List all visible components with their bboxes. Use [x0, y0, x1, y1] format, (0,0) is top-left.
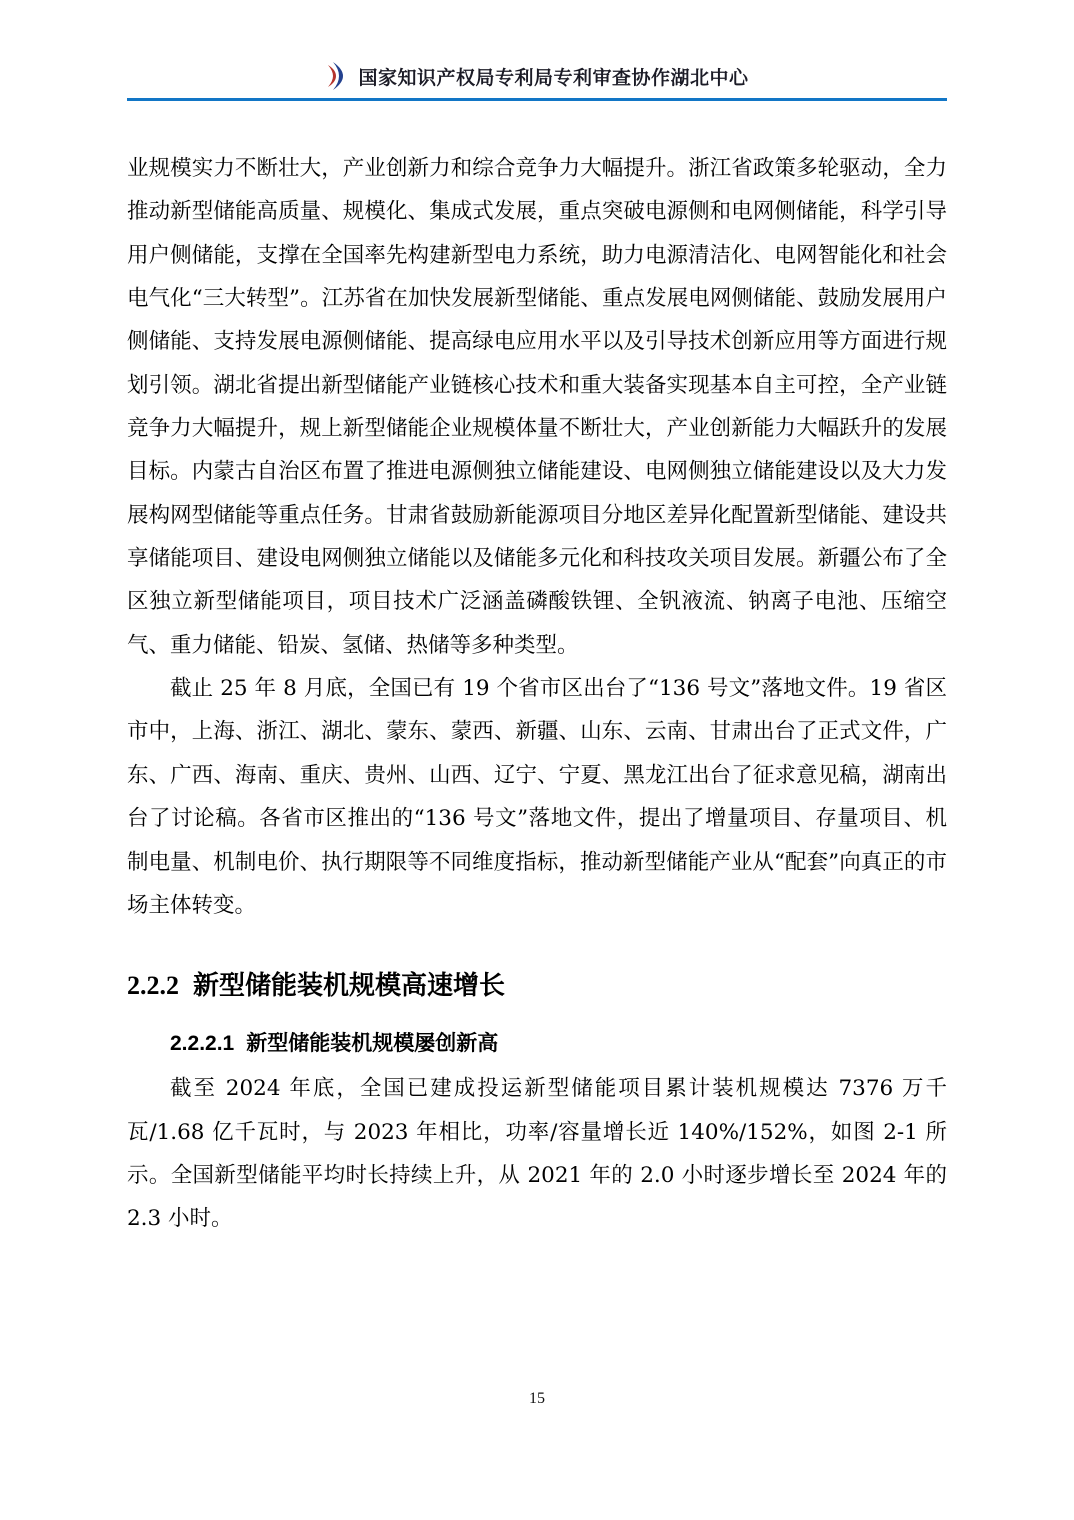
subsection-heading-text: 新型储能装机规模屡创新高 [246, 1032, 498, 1055]
section-heading-2-2-2: 2.2.2新型储能装机规模高速增长 [127, 967, 947, 1004]
page-number: 15 [529, 1390, 545, 1407]
paragraph-installed-capacity: 截至 2024 年底，全国已建成投运新型储能项目累计装机规模达 7376 万千瓦… [127, 1067, 947, 1240]
document-body: 业规模实力不断壮大，产业创新力和综合竞争力大幅提升。浙江省政策多轮驱动，全力推动… [127, 147, 947, 1241]
section-heading-number: 2.2.2 [127, 971, 179, 1000]
subsection-heading-2-2-2-1: 2.2.2.1新型储能装机规模屡创新高 [170, 1029, 947, 1059]
document-page: 国家知识产权局专利局专利审查协作湖北中心 业规模实力不断壮大，产业创新力和综合竞… [0, 0, 1074, 1520]
cnipa-hubei-center-logo-icon [325, 61, 346, 91]
paragraph-policy-overview: 业规模实力不断壮大，产业创新力和综合竞争力大幅提升。浙江省政策多轮驱动，全力推动… [127, 147, 947, 667]
paragraph-136-document: 截止 25 年 8 月底，全国已有 19 个省市区出台了“136 号文”落地文件… [127, 667, 947, 927]
header-title: 国家知识产权局专利局专利审查协作湖北中心 [358, 63, 748, 90]
subsection-heading-number: 2.2.2.1 [170, 1032, 234, 1055]
header-inner: 国家知识产权局专利局专利审查协作湖北中心 [325, 61, 748, 98]
page-footer: 15 [0, 1388, 1074, 1408]
page-header: 国家知识产权局专利局专利审查协作湖北中心 [127, 0, 947, 101]
section-heading-text: 新型储能装机规模高速增长 [193, 970, 505, 1000]
